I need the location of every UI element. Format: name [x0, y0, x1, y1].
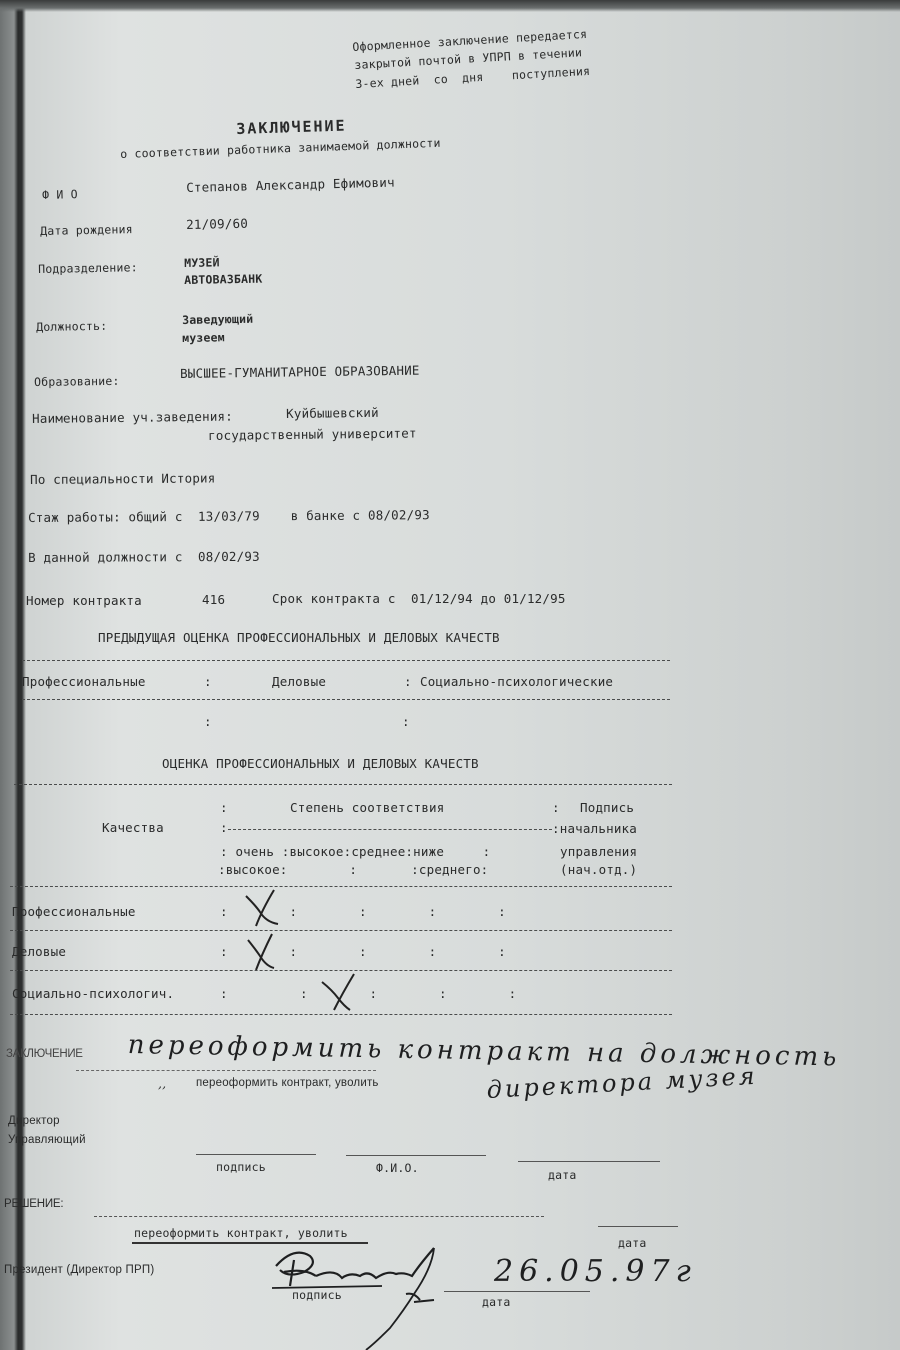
checkmark-x-icon [320, 972, 356, 1012]
signature-header-3: управления [560, 844, 637, 859]
education-label: Образование: [34, 374, 120, 389]
checkmark-x-icon [244, 932, 280, 972]
current-position-since: В данной должности с 08/02/93 [28, 549, 260, 565]
paper-edge [0, 0, 900, 12]
position-label: Должность: [36, 319, 107, 334]
signature-header-2: :начальника [552, 821, 637, 836]
conclusion-options: переоформить контракт, уволить [196, 1077, 379, 1089]
signature-line [196, 1154, 316, 1155]
column-separator: : [220, 820, 228, 835]
president-date-line [444, 1291, 590, 1292]
decision-label: РЕШЕНИЕ: [4, 1198, 63, 1210]
dob-value: 21/09/60 [186, 216, 248, 232]
fio-line [346, 1155, 486, 1156]
institution-value-2: государственный университет [208, 425, 417, 443]
specialty-line: По специальности История [30, 470, 216, 487]
position-value-2: музеем [182, 330, 225, 345]
degree-header: Степень соответствия [290, 800, 445, 815]
document-title: ЗАКЛЮЧЕНИЕ [236, 117, 347, 138]
signature-header-1: Подпись [580, 800, 634, 815]
check-tick: ,, [158, 1076, 166, 1091]
signature-header-2-text: начальника [560, 821, 637, 836]
fio-value: Степанов Александр Ефимович [186, 175, 395, 195]
contract-number-value: 416 [202, 592, 225, 607]
dob-label: Дата рождения [40, 222, 133, 238]
institution-value-1: Куйбышевский [286, 405, 379, 421]
contract-term-line: Срок контракта с 01/12/94 до 01/12/95 [272, 591, 566, 606]
divider [22, 699, 670, 700]
document-subtitle: о соответствии работника занимаемой долж… [120, 136, 441, 161]
experience-line: Стаж работы: общий с 13/03/79 в банке с … [28, 507, 430, 525]
previous-assessment-heading: ПРЕДЫДУЩАЯ ОЦЕНКА ПРОФЕССИОНАЛЬНЫХ И ДЕЛ… [98, 630, 500, 645]
divider [10, 970, 672, 971]
previous-business-value: : [402, 714, 410, 729]
institution-label: Наименование уч.заведения: [32, 409, 233, 426]
decision-date-caption: дата [618, 1236, 647, 1250]
president-signature-caption: подпись [292, 1288, 342, 1302]
decision-options: переоформить контракт, уволить [134, 1226, 348, 1240]
fio-caption: Ф.И.О. [376, 1161, 419, 1175]
manager-label: Управляющий [8, 1134, 86, 1146]
conclusion-label: ЗАКЛЮЧЕНИЕ [6, 1048, 83, 1060]
divider [10, 886, 672, 887]
column-separator: : [552, 800, 560, 815]
level-row-1: : очень :высокое:среднее:ниже : [220, 844, 490, 859]
divider [22, 660, 670, 661]
signature-header-4: (нач.отд.) [560, 862, 637, 877]
column-separator: : [404, 674, 412, 689]
divider [10, 930, 672, 931]
previous-social-header: Социально-психологические [420, 674, 613, 689]
column-separator: : [204, 674, 212, 689]
date-caption: дата [548, 1168, 577, 1182]
department-label: Подразделение: [38, 260, 138, 276]
handwritten-decision-date: 26.05.97г [494, 1254, 697, 1289]
fio-label: Ф И О [42, 187, 78, 202]
conclusion-handwritten-2: директора музея [486, 1062, 758, 1104]
position-value-1: Заведующий [182, 312, 253, 327]
assessment-heading: ОЦЕНКА ПРОФЕССИОНАЛЬНЫХ И ДЕЛОВЫХ КАЧЕСТ… [162, 756, 479, 771]
row-separators: : [220, 986, 228, 1001]
previous-professional-header: Профессиональные [22, 674, 146, 689]
education-value: ВЫСШЕЕ-ГУМАНИТАРНОЕ ОБРАЗОВАНИЕ [180, 363, 420, 381]
date-line [518, 1161, 660, 1162]
previous-professional-value: : [204, 714, 212, 729]
department-value-2: АВТОВАЗБАНК [184, 272, 263, 287]
qualities-header: Качества [102, 820, 164, 835]
decision-date-line [598, 1226, 678, 1227]
column-separator: : [220, 800, 228, 815]
divider [14, 784, 672, 785]
degree-subdivider [228, 829, 552, 830]
director-label: Директор [8, 1115, 60, 1127]
divider [10, 1014, 672, 1015]
decision-line [94, 1216, 544, 1217]
level-row-2: :высокое: : :среднего: [218, 862, 488, 877]
department-value-1: МУЗЕЙ [184, 255, 220, 270]
conclusion-underline [76, 1070, 376, 1071]
checkmark-x-icon [244, 888, 280, 928]
row-label: Деловые [12, 944, 66, 959]
row-label: Профессиональные [12, 904, 136, 919]
row-label: Социально-психологич. [12, 986, 174, 1001]
signature-caption: подпись [216, 1160, 266, 1174]
previous-business-header: Деловые [272, 674, 326, 689]
president-date-caption: дата [482, 1295, 511, 1309]
president-label: Президент (Директор ПРП) [4, 1264, 154, 1276]
contract-number-label: Номер контракта [26, 593, 142, 608]
